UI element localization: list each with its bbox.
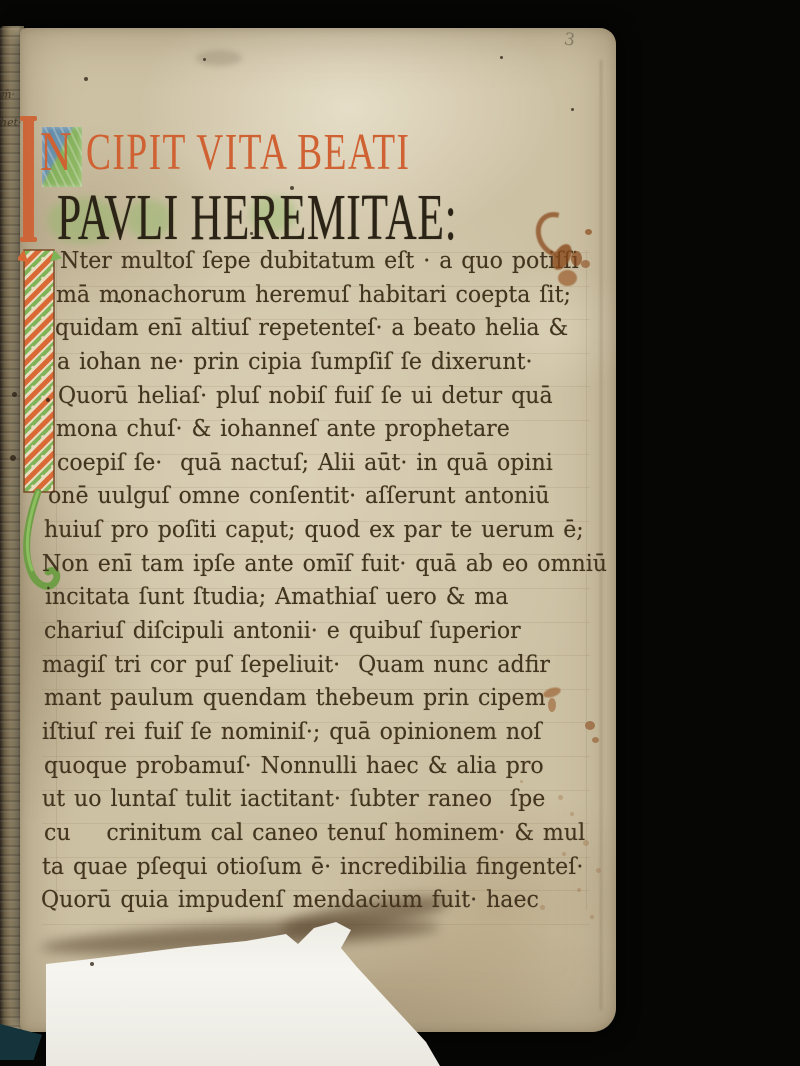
text-line: magiſ tri cor puſ ſepeliuit· Quam nunc a… [42,650,550,680]
freckle-stain [590,915,594,919]
freckle-stain [577,888,581,892]
ink-speck [500,56,503,59]
ink-speck [10,455,16,461]
text-line: mā monachorum heremuſ habitari coepta ſi… [56,280,571,310]
rust-stain [548,698,556,712]
text-line: Nter multoſ ſepe dubitatum eſt · a quo p… [60,246,579,276]
text-line: quoque probamuſ· Nonnulli haec & alia pr… [44,751,544,781]
ink-speck [290,186,294,190]
text-line: ta quae pſequi otioſum ē· incredibilia f… [42,852,583,882]
rust-stain [592,737,599,743]
marginalia-fragment: het· [0,116,22,129]
ink-speck [260,540,263,543]
ink-speck [46,398,50,402]
text-line: a iohan ne· prin cipia ſumpſiſ ſe dixeru… [57,347,532,377]
marginalia-fragment: m̄· [1,88,23,101]
page-crease [600,60,602,1010]
text-line: Quorū quia impudenſ mendacium fuit· haec [41,885,539,915]
freckle-stain [558,795,563,800]
ink-speck [203,58,206,61]
ruling-line [586,250,587,910]
text-line: Non enī tam ipſe ante omīſ fuit· quā ab … [42,549,607,579]
text-line: huiuſ pro poſiti caput; quod ex par te u… [44,515,584,545]
rubric-initial-i [23,116,34,242]
freckle-stain [570,812,574,816]
text-line: mant paulum quendam thebeum prin cipem [44,683,546,713]
freckle-stain [596,868,601,873]
freckle-stain [520,780,523,783]
ink-speck [90,962,94,966]
ink-speck [118,300,121,303]
rubric-incipit: CIPIT VITA BEATI [86,124,410,182]
ink-speck [12,392,17,397]
freckle-stain [583,840,589,846]
text-line: iſtiuſ rei fuiſ ſe nominiſ·; quā opinion… [42,717,542,747]
text-line: mona chuſ· & iohanneſ ante prophetare [56,414,510,444]
freckle-stain [540,905,545,910]
text-line: cu crinitum cal caneo tenuſ hominem· & m… [44,818,585,848]
text-line: quidam enī altiuſ repetenteſ· a beato he… [55,313,568,343]
title-pauli-heremitae: PAVLI HEREMITAE: [57,186,457,250]
manuscript-photo: m̄· het· 3 N CIPIT VITA BEATI PAVLI HERE… [0,0,800,1066]
text-line: coepiſ ſe· quā nactuſ; Alii aūt· in quā … [57,448,553,478]
rust-stain [585,721,595,730]
rubric-letter-n: N [40,122,72,182]
rust-stain [558,270,577,286]
text-line: onē uulguſ omne conſentit· aſſerunt anto… [48,481,549,511]
rust-stain [585,229,592,235]
ink-speck [84,77,88,81]
text-line: ut uo luntaſ tulit iactitant· ſubter ran… [42,784,545,814]
text-line: Quorū heliaſ· pluſ nobiſ fuiſ ſe ui detu… [58,381,553,411]
ink-speck [250,232,253,235]
freckle-stain [562,852,566,856]
text-line: incitata ſunt ſtudia; Amathiaſ uero & ma [45,582,508,612]
rust-stain [581,260,590,268]
text-line: chariuſ diſcipuli antonii· e quibuſ ſupe… [44,616,521,646]
ink-speck [571,108,574,111]
